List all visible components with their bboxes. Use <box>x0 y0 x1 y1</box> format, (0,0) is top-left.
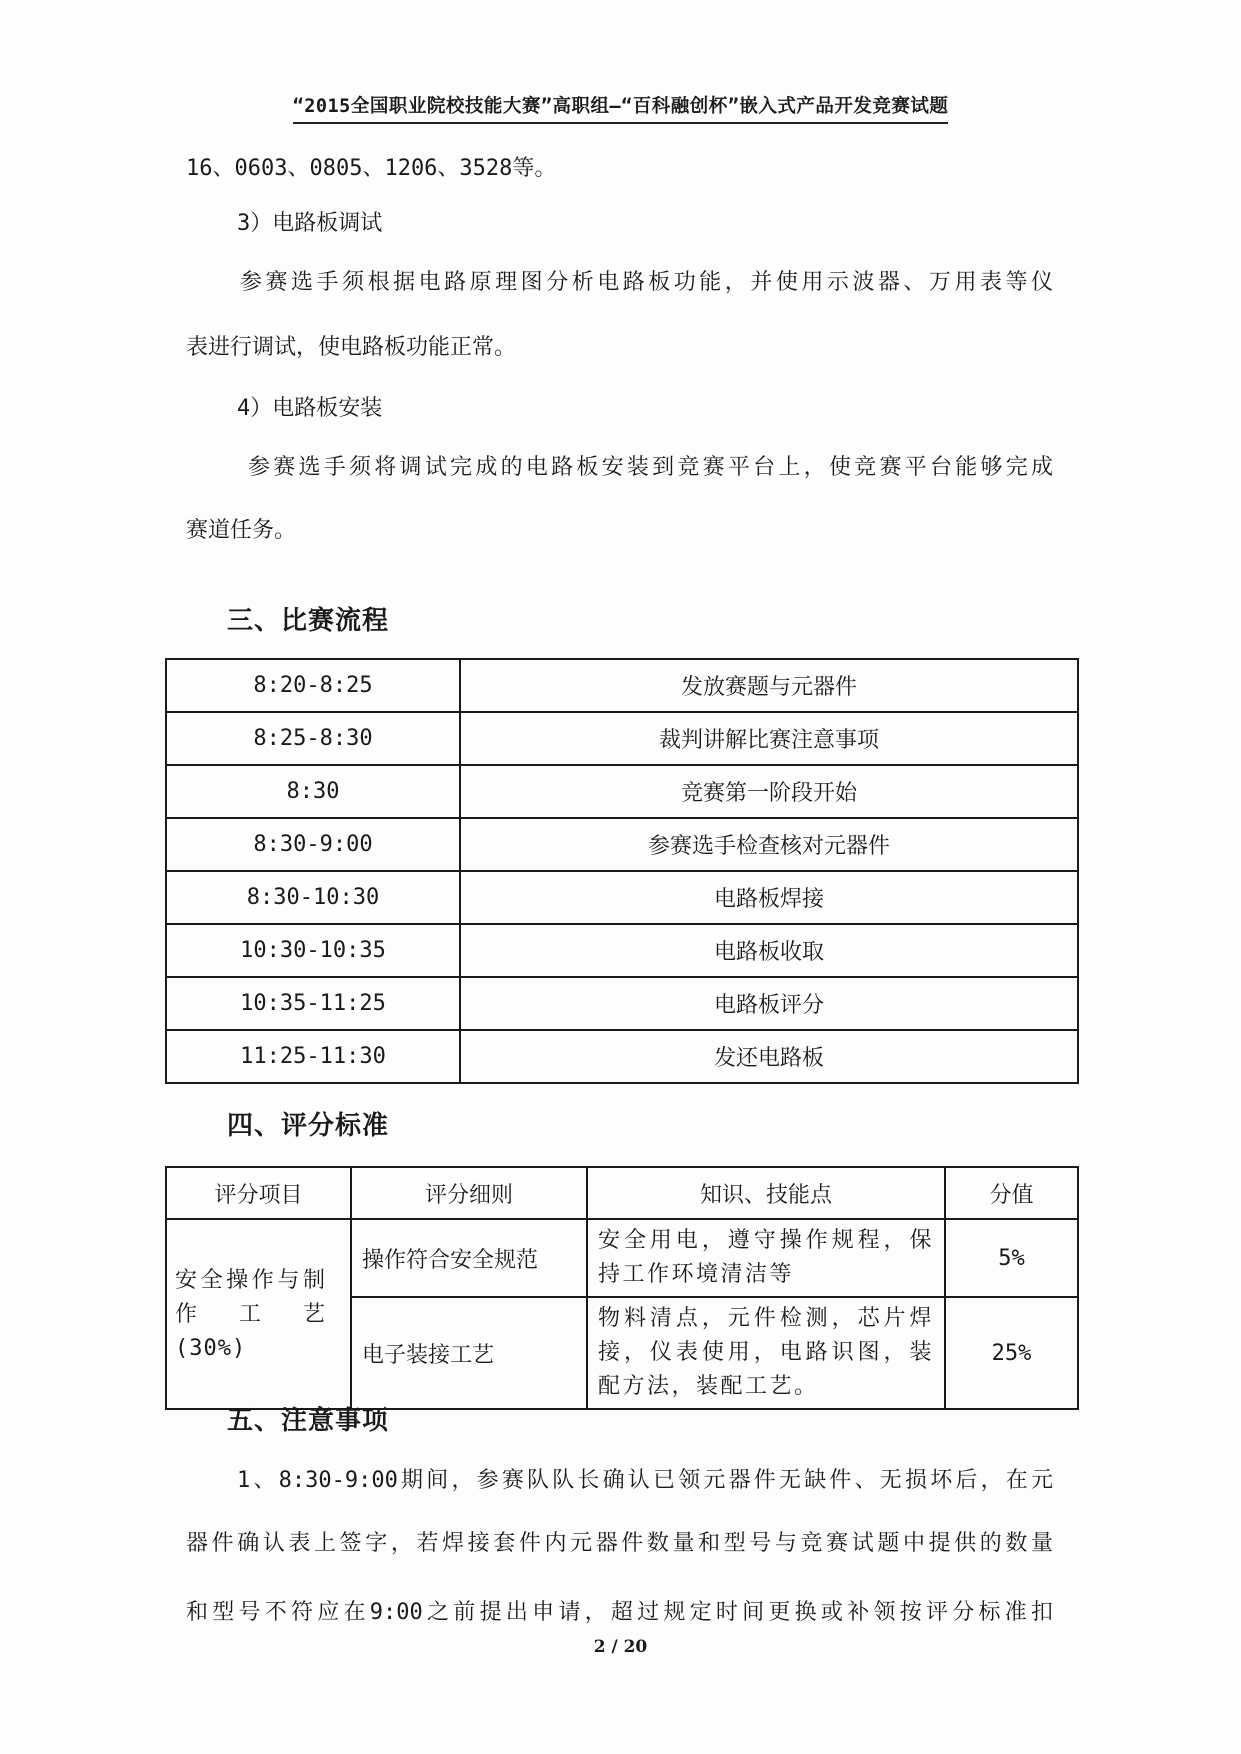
time-cell: 8:20-8:25 <box>166 659 460 712</box>
group-item-cell: 安全操作与制作工艺 (30%) <box>166 1219 351 1409</box>
intro-line: 16、0603、0805、1206、3528等。 <box>186 153 556 185</box>
item-4-paragraph-line-2: 赛道任务。 <box>186 515 296 547</box>
time-cell: 11:25-11:30 <box>166 1030 460 1083</box>
group-item-weight: (30%) <box>175 1334 350 1364</box>
activity-cell: 发还电路板 <box>460 1030 1078 1083</box>
points-cell: 物料清点，元件检测，芯片焊接，仪表使用，电路识图，装配方法，装配工艺。 <box>587 1297 945 1409</box>
table-row: 10:30-10:35 电路板收取 <box>166 924 1078 977</box>
column-header-score: 分值 <box>945 1167 1078 1219</box>
notes-line: 和型号不符应在9:00之前提出申请，超过规定时间更换或补领按评分标准扣 <box>186 1597 1053 1629</box>
section-heading-notes: 五、注意事项 <box>227 1404 389 1438</box>
score-cell: 5% <box>945 1219 1078 1297</box>
time-cell: 10:30-10:35 <box>166 924 460 977</box>
activity-cell: 电路板焊接 <box>460 871 1078 924</box>
table-row: 安全操作与制作工艺 (30%) 操作符合安全规范 安全用电，遵守操作规程，保持工… <box>166 1219 1078 1297</box>
item-3-paragraph-line-1: 参赛选手须根据电路原理图分析电路板功能，并使用示波器、万用表等仪 <box>240 267 1053 299</box>
section-heading-scoring: 四、评分标准 <box>227 1109 389 1143</box>
time-cell: 8:30-9:00 <box>166 818 460 871</box>
page-number: 2 / 20 <box>0 1636 1241 1658</box>
score-cell: 25% <box>945 1297 1078 1409</box>
column-header-rule: 评分细则 <box>351 1167 587 1219</box>
notes-line: 1、8:30-9:00期间，参赛队队长确认已领元器件无缺件、无损坏后，在元 <box>237 1465 1053 1497</box>
points-cell: 安全用电，遵守操作规程，保持工作环境清洁等 <box>587 1219 945 1297</box>
scoring-table: 评分项目 评分细则 知识、技能点 分值 安全操作与制作工艺 (30%) 操作符合… <box>165 1166 1079 1410</box>
document-page: “2015全国职业院校技能大赛”高职组—“百科融创杯”嵌入式产品开发竞赛试题 1… <box>0 0 1241 1754</box>
notes-line: 器件确认表上签字，若焊接套件内元器件数量和型号与竞赛试题中提供的数量 <box>186 1528 1053 1560</box>
time-cell: 10:35-11:25 <box>166 977 460 1030</box>
group-item-label: 安全操作与制作工艺 <box>175 1264 327 1332</box>
table-header-row: 评分项目 评分细则 知识、技能点 分值 <box>166 1167 1078 1219</box>
section-heading-process: 三、比赛流程 <box>227 604 389 638</box>
table-row: 8:30 竞赛第一阶段开始 <box>166 765 1078 818</box>
rule-cell: 操作符合安全规范 <box>351 1219 587 1297</box>
list-item-3-title: 3）电路板调试 <box>237 208 382 240</box>
document-header-title: “2015全国职业院校技能大赛”高职组—“百科融创杯”嵌入式产品开发竞赛试题 <box>293 95 949 124</box>
activity-cell: 参赛选手检查核对元器件 <box>460 818 1078 871</box>
table-row: 8:30-9:00 参赛选手检查核对元器件 <box>166 818 1078 871</box>
activity-cell: 电路板评分 <box>460 977 1078 1030</box>
list-item-4-title: 4）电路板安装 <box>237 393 382 425</box>
document-header: “2015全国职业院校技能大赛”高职组—“百科融创杯”嵌入式产品开发竞赛试题 <box>0 95 1241 124</box>
column-header-item: 评分项目 <box>166 1167 351 1219</box>
item-4-paragraph-line-1: 参赛选手须将调试完成的电路板安装到竞赛平台上，使竞赛平台能够完成 <box>248 452 1053 484</box>
schedule-table: 8:20-8:25 发放赛题与元器件 8:25-8:30 裁判讲解比赛注意事项 … <box>165 658 1079 1084</box>
table-row: 8:30-10:30 电路板焊接 <box>166 871 1078 924</box>
activity-cell: 电路板收取 <box>460 924 1078 977</box>
table-row: 10:35-11:25 电路板评分 <box>166 977 1078 1030</box>
column-header-points: 知识、技能点 <box>587 1167 945 1219</box>
activity-cell: 竞赛第一阶段开始 <box>460 765 1078 818</box>
table-row: 11:25-11:30 发还电路板 <box>166 1030 1078 1083</box>
table-row: 8:25-8:30 裁判讲解比赛注意事项 <box>166 712 1078 765</box>
activity-cell: 发放赛题与元器件 <box>460 659 1078 712</box>
time-cell: 8:25-8:30 <box>166 712 460 765</box>
activity-cell: 裁判讲解比赛注意事项 <box>460 712 1078 765</box>
table-row: 8:20-8:25 发放赛题与元器件 <box>166 659 1078 712</box>
time-cell: 8:30 <box>166 765 460 818</box>
item-3-paragraph-line-2: 表进行调试，使电路板功能正常。 <box>186 332 516 364</box>
rule-cell: 电子装接工艺 <box>351 1297 587 1409</box>
time-cell: 8:30-10:30 <box>166 871 460 924</box>
